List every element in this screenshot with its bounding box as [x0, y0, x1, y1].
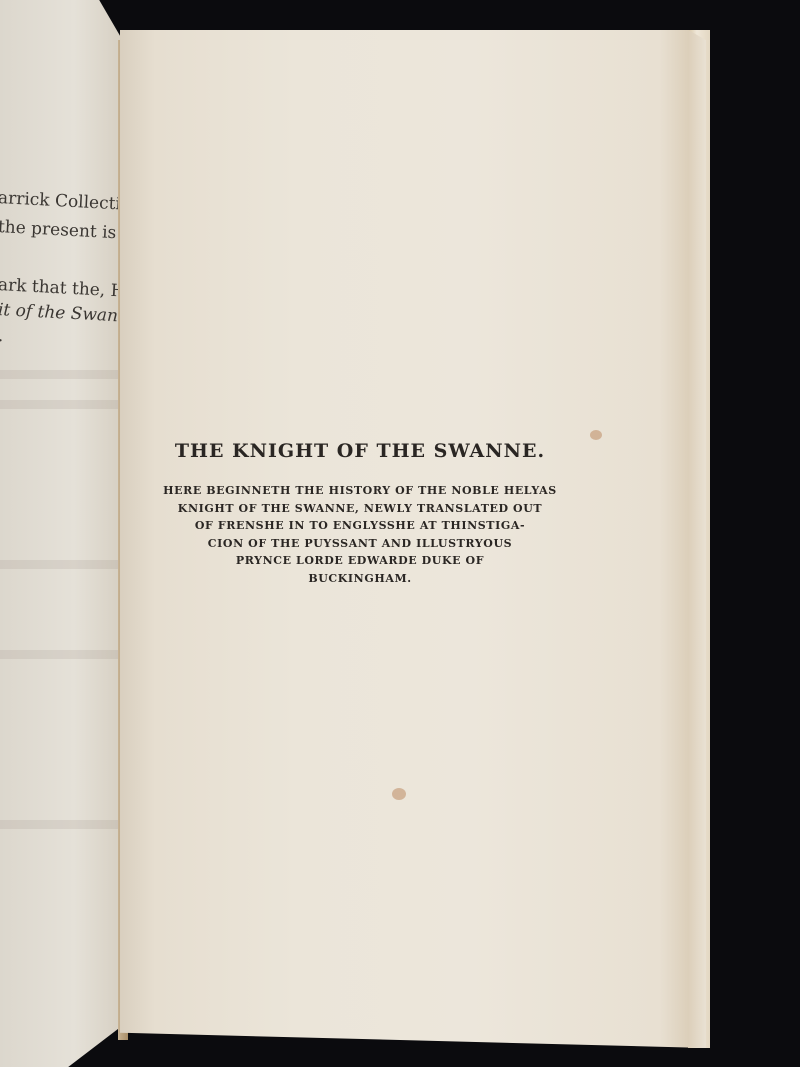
left-text-line: the present is reprinted — [0, 217, 124, 248]
left-text-line: ark that the, History — [0, 275, 124, 304]
subtitle-line: KNIGHT OF THE SWANNE, NEWLY TRANSLATED O… — [150, 500, 570, 518]
show-through-text — [0, 820, 118, 829]
show-through-text — [0, 400, 118, 409]
subtitle-line: HERE BEGINNETH THE HISTORY OF THE NOBLE … — [150, 482, 570, 500]
left-text-line: it of the Swan, is told — [0, 300, 124, 330]
subtitle-line: OF FRENSHE IN TO ENGLYSSHE AT THINSTIGA- — [150, 517, 570, 535]
show-through-text — [0, 370, 118, 379]
subtitle-line: PRYNCE LORDE EDWARDE DUKE OF — [150, 552, 570, 570]
book-title: THE KNIGHT OF THE SWANNE. — [150, 440, 570, 462]
subtitle-line: BUCKINGHAM. — [150, 570, 570, 588]
left-text-line: arrick Collection in the — [0, 188, 124, 218]
show-through-text — [0, 650, 118, 659]
foxing-stain — [392, 788, 406, 800]
left-text-line: . — [0, 326, 4, 346]
foxing-stain — [590, 430, 602, 440]
left-page: arrick Collection in the the present is … — [0, 0, 124, 1067]
subtitle-line: CION OF THE PUYSSANT AND ILLUSTRYOUS — [150, 535, 570, 553]
show-through-text — [0, 560, 118, 569]
title-block: THE KNIGHT OF THE SWANNE. HERE BEGINNETH… — [150, 440, 570, 587]
